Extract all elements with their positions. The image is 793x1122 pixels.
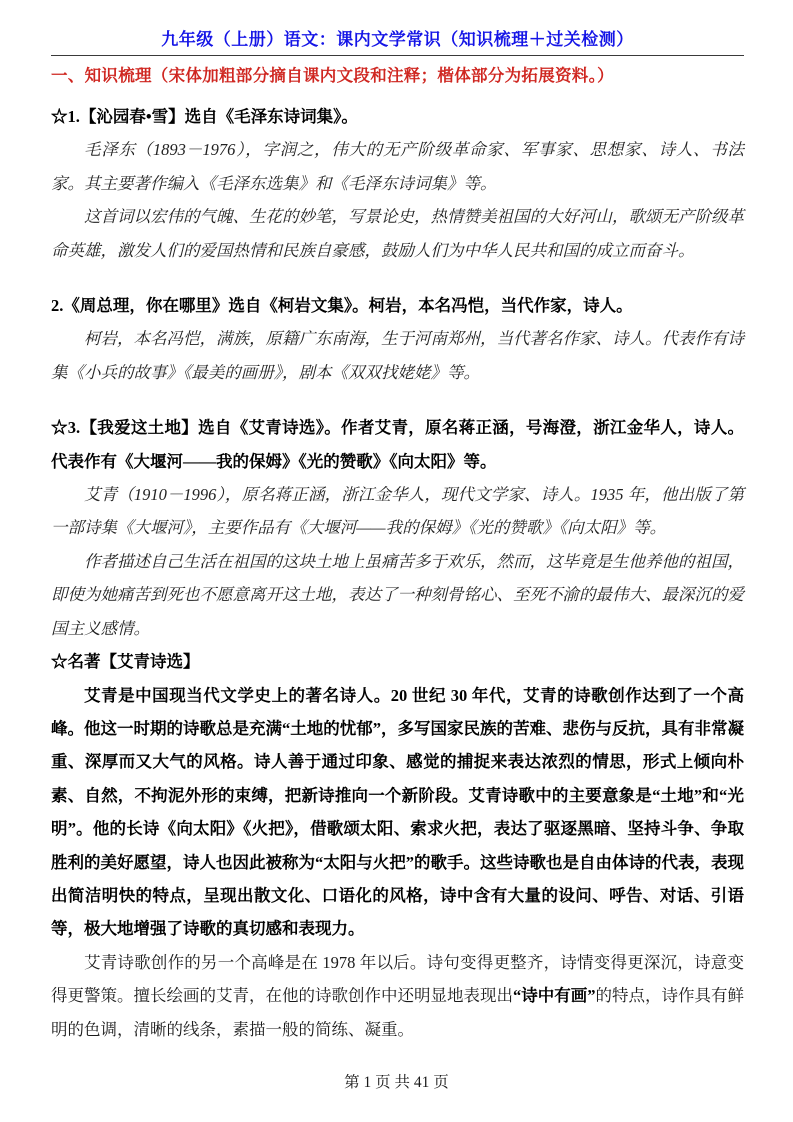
paragraph: 这首词以宏伟的气魄、生花的妙笔，写景论史，热情赞美祖国的大好河山，歌颂无产阶级革… bbox=[51, 200, 744, 267]
paragraph: 艾青（1910－1996），原名蒋正涵，浙江金华人，现代文学家、诗人。1935 … bbox=[51, 478, 744, 545]
page-number: 第 1 页 共 41 页 bbox=[0, 1070, 793, 1092]
document-title: 九年级（上册）语文：课内文学常识（知识梳理＋过关检测） bbox=[51, 30, 744, 50]
document-page: 九年级（上册）语文：课内文学常识（知识梳理＋过关检测） 一、知识梳理（宋体加粗部… bbox=[0, 0, 793, 1122]
bold-text-run: “诗中有画” bbox=[513, 986, 596, 1005]
paragraph-gap bbox=[51, 267, 744, 289]
title-divider bbox=[51, 55, 744, 56]
paragraph: 毛泽东（1893－1976），字润之，伟大的无产阶级革命家、军事家、思想家、诗人… bbox=[51, 133, 744, 200]
item-heading: ☆名著【艾青诗选】 bbox=[51, 645, 744, 678]
paragraph: 柯岩，本名冯恺，满族，原籍广东南海，生于河南郑州，当代著名作家、诗人。代表作有诗… bbox=[51, 322, 744, 389]
paragraph: 艾青是中国现当代文学史上的著名诗人。20 世纪 30 年代，艾青的诗歌创作达到了… bbox=[51, 679, 744, 946]
paragraph: 作者描述自己生活在祖国的这块土地上虽痛苦多于欢乐，然而，这毕竟是生他养他的祖国，… bbox=[51, 545, 744, 645]
knowledge-outline-heading: 一、知识梳理（宋体加粗部分摘自课内文段和注释；楷体部分为拓展资料。） bbox=[51, 65, 744, 87]
paragraph-gap bbox=[51, 389, 744, 411]
paragraph: 艾青诗歌创作的另一个高峰是在 1978 年以后。诗句变得更整齐，诗情变得更深沉，… bbox=[51, 946, 744, 1046]
document-body: ☆1.【沁园春•雪】选自《毛泽东诗词集》。毛泽东（1893－1976），字润之，… bbox=[51, 100, 744, 1046]
item-heading: ☆1.【沁园春•雪】选自《毛泽东诗词集》。 bbox=[51, 100, 744, 133]
item-heading: ☆3.【我爱这土地】选自《艾青诗选》。作者艾青，原名蒋正涵，号海澄，浙江金华人，… bbox=[51, 411, 744, 478]
item-heading: 2.《周总理，你在哪里》选自《柯岩文集》。柯岩，本名冯恺，当代作家，诗人。 bbox=[51, 289, 744, 322]
